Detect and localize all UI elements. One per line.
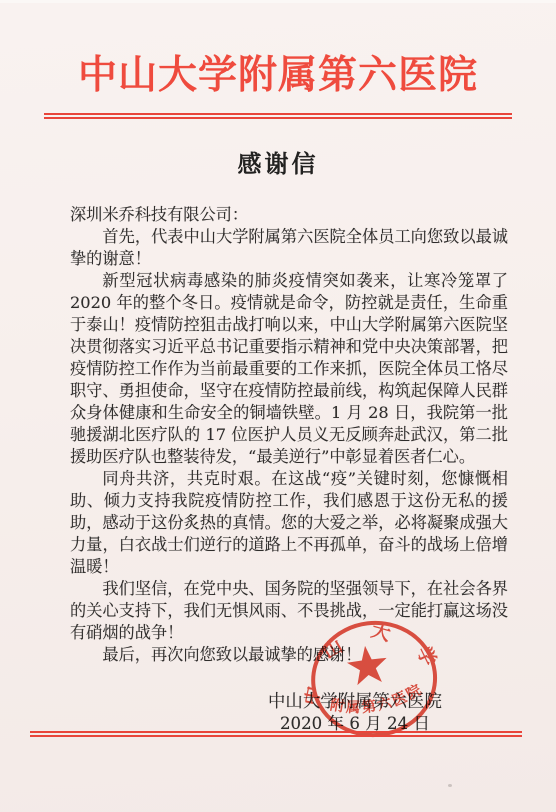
header-rule <box>44 113 512 119</box>
paragraph-1: 首先，代表中山大学附属第六医院全体员工向您致以最诚挚的谢意！ <box>70 226 508 270</box>
scan-speck <box>448 784 452 787</box>
scan-edge-artifact <box>0 0 556 3</box>
letter-body: 深圳米乔科技有限公司： 首先，代表中山大学附属第六医院全体员工向您致以最诚挚的谢… <box>70 204 508 666</box>
recipient-line: 深圳米乔科技有限公司： <box>70 204 508 226</box>
paragraph-3: 同舟共济，共克时艰。在这战“疫”关键时刻，您慷慨相助、倾力支持我院疫情防控工作，… <box>70 468 508 578</box>
footer-rule <box>30 731 522 737</box>
scanned-letter-page: 中山大学附属第六医院 感谢信 深圳米乔科技有限公司： 首先，代表中山大学附属第六… <box>0 0 556 812</box>
letter-title: 感谢信 <box>0 150 556 179</box>
paragraph-4: 我们坚信，在党中央、国务院的坚强领导下，在社会各界的关心支持下，我们无惧风雨、不… <box>70 578 508 644</box>
letterhead-hospital-name: 中山大学附属第六医院 <box>0 0 556 100</box>
seal-bottom-text: 附属第六医院 <box>326 679 428 721</box>
svg-text:附属第六医院: 附属第六医院 <box>326 679 428 721</box>
paragraph-2: 新型冠状病毒感染的肺炎疫情突如袭来，让寒冷笼罩了 2020 年的整个冬日。疫情就… <box>70 270 508 468</box>
